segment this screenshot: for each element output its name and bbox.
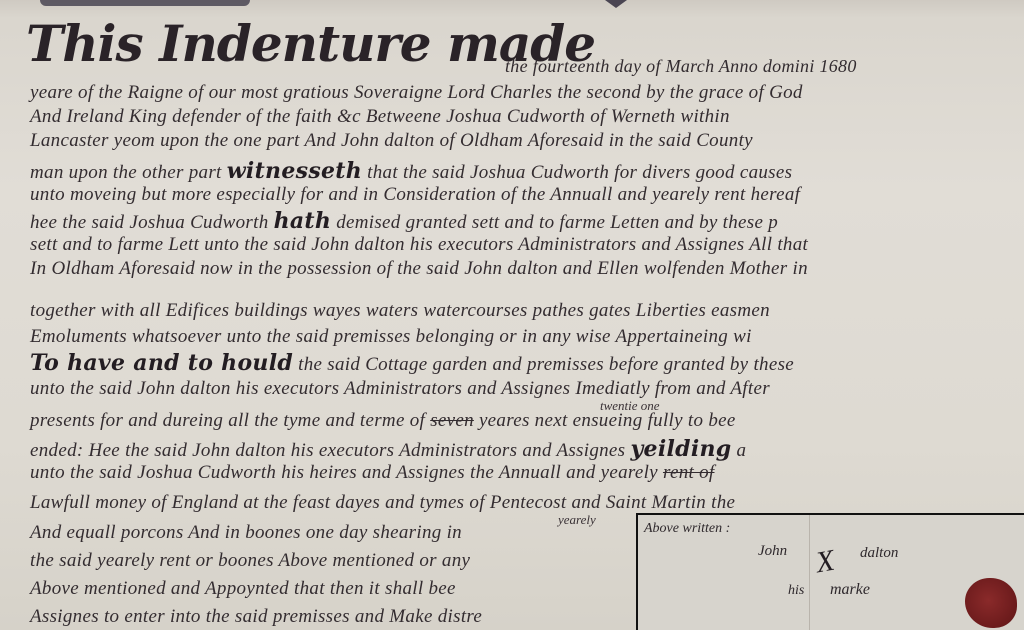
line-post: that the said Joshua Cudworth for divers… xyxy=(367,162,792,183)
line: Lancaster yeom upon the one part And Joh… xyxy=(30,130,753,152)
line-post: yeares next ensueing fully to bee xyxy=(479,410,736,431)
keyword-witnesseth: witnesseth xyxy=(227,158,362,184)
keyword-hath: hath xyxy=(274,208,332,234)
line-habendum: To have and to hould the said Cottage ga… xyxy=(30,350,794,376)
line: Emoluments whatsoever unto the said prem… xyxy=(30,326,752,348)
line: together with all Edifices buildings way… xyxy=(30,300,770,322)
line-yeilding: ended: Hee the said John dalton his exec… xyxy=(30,436,746,462)
signatory-last-name: dalton xyxy=(860,545,898,562)
line-post: the said Cottage garden and premisses be… xyxy=(298,354,794,375)
line: In Oldham Aforesaid now in the possessio… xyxy=(30,258,808,280)
line-post: a xyxy=(737,440,747,461)
line: sett and to farme Lett unto the said Joh… xyxy=(30,234,808,256)
interlineation: yearely xyxy=(558,512,596,528)
line-pre: man upon the other part xyxy=(30,162,222,183)
struck-word: rent of xyxy=(663,462,715,483)
signatory-first-name: John xyxy=(758,543,787,560)
keyword-to-have-and-to-hould: To have and to hould xyxy=(30,350,293,376)
line-hath: hee the said Joshua Cudworth hath demise… xyxy=(30,208,778,234)
line-witnesseth: man upon the other part witnesseth that … xyxy=(30,158,792,184)
line-rent: unto the said Joshua Cudworth his heires… xyxy=(30,462,715,484)
line: Lawfull money of England at the feast da… xyxy=(30,492,735,514)
line: Assignes to enter into the said premisse… xyxy=(30,606,482,628)
line: And equall porcons And in boones one day… xyxy=(30,522,462,544)
line: the said yearely rent or boones Above me… xyxy=(30,550,470,572)
line-pre: ended: Hee the said John dalton his exec… xyxy=(30,440,625,461)
his-label: his xyxy=(788,583,804,599)
paper-crease xyxy=(809,515,810,630)
line: unto moveing but more especially for and… xyxy=(30,184,800,206)
signatory-mark-icon: X xyxy=(813,544,837,581)
line: yeare of the Raigne of our most gratious… xyxy=(30,82,803,104)
binding-ribbon xyxy=(40,0,250,6)
above-written-caption: Above written : xyxy=(644,521,730,537)
line-term: presents for and dureing all the tyme an… xyxy=(30,410,736,432)
line: Above mentioned and Appoynted that then … xyxy=(30,578,456,600)
line-pre: presents for and dureing all the tyme an… xyxy=(30,410,425,431)
struck-word: seven xyxy=(430,410,474,431)
keyword-yeilding: yeilding xyxy=(630,436,731,462)
line: And Ireland King defender of the faith &… xyxy=(30,106,730,128)
line-pre: hee the said Joshua Cudworth xyxy=(30,212,269,233)
wax-seal-icon xyxy=(965,578,1017,628)
line-pre: unto the said Joshua Cudworth his heires… xyxy=(30,462,658,483)
signature-inset: Above written : John X dalton his marke xyxy=(636,513,1024,630)
line-date: the fourteenth day of March Anno domini … xyxy=(505,56,857,77)
line: unto the said John dalton his executors … xyxy=(30,378,770,400)
parchment-document: This Indenture made the fourteenth day o… xyxy=(0,0,1024,630)
marke-label: marke xyxy=(830,581,870,599)
line-post: demised granted sett and to farme Letten… xyxy=(336,212,778,233)
